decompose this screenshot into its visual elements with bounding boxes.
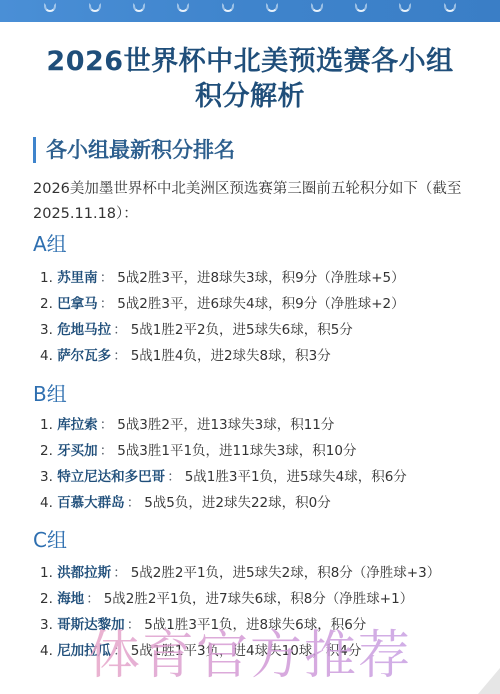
team-stats: 5战2胜2平1负，进5球失2球，积8分（净胜球+3）: [131, 565, 441, 581]
team-name: 牙买加: [57, 443, 98, 459]
rank-number: 3.: [40, 469, 53, 485]
list-item: 2. 海地：5战2胜2平1负，进7球失6球，积8分（净胜球+1）: [40, 586, 440, 612]
group-c-heading: C组: [33, 527, 67, 553]
page-corner-fold: [478, 668, 500, 694]
colon: ：: [100, 417, 114, 433]
list-item: 4. 尼加拉瓜：5战1胜1平3负，进4球失10球，积4分: [40, 638, 440, 664]
colon: ：: [113, 348, 127, 364]
rank-number: 2.: [40, 591, 53, 607]
colon: ：: [100, 443, 114, 459]
binder-ring-icon: [266, 3, 278, 12]
team-stats: 5战2胜3平，进8球失3球，积9分（净胜球+5）: [117, 270, 404, 286]
list-item: 2. 牙买加：5战3胜1平1负，进11球失3球，积10分: [40, 438, 407, 464]
team-stats: 5战3胜1平1负，进11球失3球，积10分: [117, 443, 356, 459]
group-c-list: 1. 洪都拉斯：5战2胜2平1负，进5球失2球，积8分（净胜球+3） 2. 海地…: [40, 560, 440, 664]
colon: ：: [100, 296, 114, 312]
colon: ：: [127, 495, 141, 511]
page-title-line-2: 积分解析: [0, 79, 500, 114]
team-name: 尼加拉瓜: [57, 643, 111, 659]
team-name: 苏里南: [57, 270, 98, 286]
colon: ：: [86, 591, 100, 607]
team-stats: 5战1胜3平1负，进5球失4球，积6分: [185, 469, 407, 485]
list-item: 1. 苏里南：5战2胜3平，进8球失3球，积9分（净胜球+5）: [40, 265, 405, 291]
group-b-list: 1. 库拉索：5战3胜2平，进13球失3球，积11分 2. 牙买加：5战3胜1平…: [40, 412, 407, 516]
team-name: 萨尔瓦多: [57, 348, 111, 364]
binder-ring-icon: [44, 3, 56, 12]
team-stats: 5战2胜3平，进6球失4球，积9分（净胜球+2）: [117, 296, 404, 312]
team-name: 库拉索: [57, 417, 98, 433]
rank-number: 2.: [40, 443, 53, 459]
rank-number: 3.: [40, 617, 53, 633]
colon: ：: [113, 322, 127, 338]
binder-ring-icon: [444, 3, 456, 12]
team-name: 百慕大群岛: [57, 495, 125, 511]
rank-number: 3.: [40, 322, 53, 338]
binder-ring-icon: [355, 3, 367, 12]
section-heading-text: 各小组最新积分排名: [46, 138, 235, 162]
list-item: 3. 哥斯达黎加：5战1胜3平1负，进8球失6球，积6分: [40, 612, 440, 638]
list-item: 2. 巴拿马：5战2胜3平，进6球失4球，积9分（净胜球+2）: [40, 291, 405, 317]
group-a-list: 1. 苏里南：5战2胜3平，进8球失3球，积9分（净胜球+5） 2. 巴拿马：5…: [40, 265, 405, 369]
rank-number: 1.: [40, 565, 53, 581]
list-item: 1. 库拉索：5战3胜2平，进13球失3球，积11分: [40, 412, 407, 438]
list-item: 4. 萨尔瓦多：5战1胜4负，进2球失8球，积3分: [40, 343, 405, 369]
rank-number: 4.: [40, 495, 53, 511]
intro-paragraph: 2026美加墨世界杯中北美洲区预选赛第三圈前五轮积分如下（截至2025.11.1…: [33, 177, 473, 227]
team-name: 巴拿马: [57, 296, 98, 312]
team-name: 洪都拉斯: [57, 565, 111, 581]
colon: ：: [113, 643, 127, 659]
list-item: 4. 百慕大群岛：5战5负，进2球失22球，积0分: [40, 490, 407, 516]
team-name: 危地马拉: [57, 322, 111, 338]
team-name: 海地: [57, 591, 84, 607]
binder-ring-icon: [133, 3, 145, 12]
binder-ring-icon: [311, 3, 323, 12]
group-b-heading: B组: [33, 381, 67, 407]
list-item: 1. 洪都拉斯：5战2胜2平1负，进5球失2球，积8分（净胜球+3）: [40, 560, 440, 586]
list-item: 3. 特立尼达和多巴哥：5战1胜3平1负，进5球失4球，积6分: [40, 464, 407, 490]
section-heading: 各小组最新积分排名: [33, 137, 235, 163]
page-title-line-1: 2026世界杯中北美预选赛各小组: [0, 44, 500, 79]
rank-number: 1.: [40, 270, 53, 286]
rank-number: 4.: [40, 643, 53, 659]
colon: ：: [113, 565, 127, 581]
rank-number: 2.: [40, 296, 53, 312]
colon: ：: [167, 469, 181, 485]
team-stats: 5战1胜4负，进2球失8球，积3分: [131, 348, 331, 364]
rank-number: 4.: [40, 348, 53, 364]
page-title: 2026世界杯中北美预选赛各小组 积分解析: [0, 44, 500, 114]
team-stats: 5战2胜2平1负，进7球失6球，积8分（净胜球+1）: [104, 591, 414, 607]
team-name: 特立尼达和多巴哥: [57, 469, 165, 485]
team-stats: 5战3胜2平，进13球失3球，积11分: [117, 417, 334, 433]
team-stats: 5战1胜3平1负，进8球失6球，积6分: [144, 617, 366, 633]
binder-ring-icon: [89, 3, 101, 12]
team-stats: 5战1胜1平3负，进4球失10球，积4分: [131, 643, 362, 659]
binder-ring-icon: [222, 3, 234, 12]
binder-ring-icon: [399, 3, 411, 12]
group-a-heading: A组: [33, 231, 67, 257]
colon: ：: [127, 617, 141, 633]
colon: ：: [100, 270, 114, 286]
team-stats: 5战1胜2平2负，进5球失6球，积5分: [131, 322, 353, 338]
binder-ring-icon: [177, 3, 189, 12]
team-stats: 5战5负，进2球失22球，积0分: [144, 495, 331, 511]
top-binder-bar: [0, 0, 500, 22]
list-item: 3. 危地马拉：5战1胜2平2负，进5球失6球，积5分: [40, 317, 405, 343]
team-name: 哥斯达黎加: [57, 617, 125, 633]
rank-number: 1.: [40, 417, 53, 433]
